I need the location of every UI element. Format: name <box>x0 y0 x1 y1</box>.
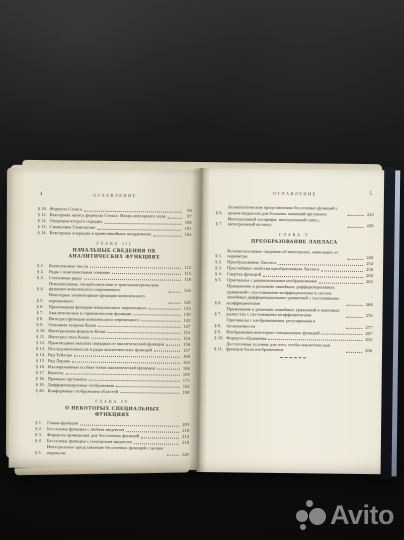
toc-entry: § 5.Интегральное представление бесселевы… <box>35 444 189 457</box>
toc-entry-page: 218 <box>181 440 189 446</box>
toc-entry-page: 276 <box>364 313 372 319</box>
toc-entry-number: § 4. <box>37 286 49 292</box>
toc-entry-number: § 3. <box>37 275 49 281</box>
avito-logo-icon <box>296 500 327 531</box>
toc-entry-number: § 12. <box>38 218 50 224</box>
chapter-number: ГЛАВА IV <box>35 398 189 405</box>
toc-entry-page: 190 <box>182 389 190 395</box>
toc-entry-number: § 15. <box>36 358 48 364</box>
toc-entry-number: § 16. <box>36 364 48 370</box>
dot-leader <box>348 226 364 227</box>
toc-entry-page: 214 <box>181 434 189 440</box>
dot-leader <box>169 303 181 304</box>
dot-leader <box>133 314 180 316</box>
toc-entry-page: 154 <box>182 335 190 341</box>
toc-entry-page: 277 <box>364 325 372 331</box>
toc-entry-number: § 4. <box>35 438 47 444</box>
toc-entry-page: 210 <box>181 428 189 434</box>
toc-entry-page: 182 <box>182 383 190 389</box>
toc-entry-page: 160 <box>182 353 190 359</box>
photo-of-open-book: 4 ОГЛАВЛЕНИЕ § 10.Формула Стокса94§ 11.В… <box>0 0 404 540</box>
toc-entry-page: 157 <box>182 347 190 353</box>
chapter-heading: ГЛАВА IIIНАЧАЛЬНЫЕ СВЕДЕНИЯ ОБ АНАЛИТИЧЕ… <box>37 240 191 261</box>
toc-entry-page: 166 <box>182 365 190 371</box>
toc-entry-page: 115 <box>183 270 191 276</box>
toc-entry-number: § 11. <box>36 334 48 340</box>
toc-entry-page: 152 <box>182 329 190 335</box>
dot-leader <box>153 235 181 236</box>
page-block-bottom-edge <box>15 465 190 475</box>
toc-entry-number: § 20. <box>36 388 48 394</box>
toc-entry-page: 268 <box>365 302 373 308</box>
left-running-head: ОГЛАВЛЕНИЕ <box>38 192 192 199</box>
dot-leader <box>116 386 180 388</box>
toc-entry-title: Формула Стокса <box>50 206 82 212</box>
toc-entry-number: § 1. <box>215 253 227 259</box>
toc-entry-page: 133 <box>183 305 191 311</box>
chapter-title: ПРЕОБРАЗОВАНИЕ ЛАПЛАСА <box>229 238 359 246</box>
toc-entry-title: Достаточные условия для того, чтобы анал… <box>226 341 344 353</box>
toc-entry-number: § 13. <box>38 224 50 230</box>
toc-entry-number: § 17. <box>36 370 48 376</box>
toc-entry-title: Гамма-функция <box>47 420 78 426</box>
toc-entry-number: § 8. <box>36 316 48 322</box>
dot-leader <box>154 350 180 351</box>
chapter-number: ГЛАВА V <box>215 231 373 238</box>
toc-entry-number: § 1. <box>37 263 49 269</box>
toc-entry-number: § 10. <box>214 335 226 341</box>
toc-entry-number: § 19. <box>36 382 48 388</box>
dot-leader <box>134 443 179 445</box>
toc-entry-title: Ряд Лорана <box>48 358 70 364</box>
toc-entry-number: § 2. <box>37 269 49 275</box>
toc-entry-page: 258 <box>365 267 373 273</box>
toc-entry-number: § 12. <box>36 340 48 346</box>
toc-entry-title: Применение к решению линейных уравнений … <box>226 306 344 318</box>
dot-leader <box>321 270 363 272</box>
toc-entry-page: 112 <box>183 264 191 270</box>
toc-entry-number: § 2. <box>35 426 47 432</box>
dot-leader <box>346 328 362 329</box>
right-toc: § 6.Асимптотические представления бессел… <box>214 204 374 358</box>
dot-leader <box>120 392 179 394</box>
right-running-head: ОГЛАВЛЕНИЕ <box>216 190 374 197</box>
toc-entry-number: § 11. <box>38 212 50 218</box>
toc-entry-page: 101 <box>184 226 192 232</box>
toc-entry-number: § 8. <box>214 323 226 329</box>
toc-entry-title: Асимптотические представления бесселевых… <box>228 204 346 216</box>
toc-entry-title: Применение к решению линейных дифференци… <box>227 283 345 306</box>
right-page: ОГЛАВЛЕНИЕ 5 § 6.Асимптотические предста… <box>197 168 385 474</box>
toc-entry-page: 254 <box>365 261 373 267</box>
toc-entry-number: § 6. <box>37 304 49 310</box>
toc-entry-number: § 7. <box>36 310 48 316</box>
toc-entry-title: Интегральный логарифм, интегральный сину… <box>228 216 346 228</box>
toc-entry: § 11.Достаточные условия для того, чтобы… <box>214 341 372 354</box>
toc-entry-page: 172 <box>182 377 190 383</box>
dot-leader <box>346 316 362 317</box>
toc-entry-page: 220 <box>181 451 189 457</box>
dot-leader <box>141 320 180 321</box>
toc-entry-number: § 5. <box>37 298 49 304</box>
toc-entry-number: § 9. <box>214 329 226 335</box>
toc-entry-page: 139 <box>182 311 190 317</box>
toc-entry-title: Вспомогательные сведения об интегралах, … <box>227 248 345 260</box>
toc-entry-page: 128 <box>183 299 191 305</box>
toc-entry-page: 226 <box>366 223 374 229</box>
left-toc: § 10.Формула Стокса94§ 11.Векторная запи… <box>35 206 192 457</box>
toc-entry-page: 102 <box>183 232 191 238</box>
toc-entry-number: § 13. <box>36 346 48 352</box>
toc-entry-number: § 6. <box>215 300 227 306</box>
toc-entry-number: § 3. <box>215 265 227 271</box>
right-page-number: 5 <box>369 192 372 197</box>
toc-entry-page: 156 <box>182 341 190 347</box>
avito-watermark-text: Avito <box>330 502 394 529</box>
dot-leader <box>166 345 180 346</box>
toc-entry-number: § 5. <box>35 450 47 456</box>
toc-entry-page: 292 <box>364 337 372 343</box>
toc-entry-page: 262 <box>365 279 373 285</box>
toc-entry-page: 169 <box>182 371 190 377</box>
toc-entry-title: Свертка функций <box>227 271 261 277</box>
toc-entry-number: § 9. <box>36 322 48 328</box>
chapter-heading: ГЛАВА VПРЕОБРАЗОВАНИЕ ЛАПЛАСА <box>215 231 373 246</box>
toc-entry-number: § 3. <box>35 432 47 438</box>
toc-entry-number: § 14. <box>36 352 48 358</box>
dot-leader <box>149 308 181 309</box>
right-running-head-row: ОГЛАВЛЕНИЕ 5 <box>216 190 374 201</box>
dot-leader <box>322 334 363 335</box>
dot-leader <box>126 431 179 433</box>
toc-entry-page: 94 <box>184 208 192 214</box>
dot-leader <box>347 305 363 306</box>
toc-entry-page: 147 <box>182 323 190 329</box>
dot-leader <box>347 258 363 259</box>
dot-leader <box>108 332 181 334</box>
dot-leader <box>346 351 362 352</box>
toc-entry-page: 205 <box>181 422 189 428</box>
toc-entry-title: Оригиналы с изображениями, регулярными в… <box>226 317 344 329</box>
toc-entry: § 7.Интегральный логарифм, интегральный … <box>216 216 374 229</box>
toc-entry-title: Степенные ряды <box>49 275 82 281</box>
toc-entry-number: § 18. <box>36 376 48 382</box>
toc-entry-page: 223 <box>366 212 374 218</box>
dot-leader <box>319 282 363 284</box>
toc-entry: § 6.Применение к решению линейных диффер… <box>215 283 373 307</box>
toc-entry-title: Некоторые элементарные функции комплексн… <box>49 292 167 304</box>
toc-entry-number: § 10. <box>38 206 50 212</box>
toc-entry-number: § 1. <box>35 420 47 426</box>
section-divider <box>280 356 306 357</box>
open-book: 4 ОГЛАВЛЕНИЕ § 10.Формула Стокса94§ 11.В… <box>2 160 404 487</box>
left-page: 4 ОГЛАВЛЕНИЕ § 10.Формула Стокса94§ 11.В… <box>9 168 201 470</box>
toc-entry-number: § 7. <box>216 221 228 227</box>
toc-entry-title: Вычеты <box>48 370 64 376</box>
toc-entry-number: § 6. <box>216 210 228 216</box>
dot-leader <box>348 215 364 216</box>
toc-entry-page: 97 <box>184 214 192 220</box>
toc-entry-title: Комплексные числа <box>49 263 88 269</box>
dot-leader <box>169 291 181 292</box>
dot-leader <box>167 455 179 456</box>
toc-entry-number: § 11. <box>214 346 226 352</box>
toc-entry: § 14.Векторные операции в криволинейных … <box>37 230 191 237</box>
toc-entry-page: 124 <box>183 288 191 294</box>
toc-entry-page: 260 <box>365 273 373 279</box>
toc-entry-title: Интегральное представление бесселевых фу… <box>47 444 165 456</box>
toc-entry-title: Ряд Тейлора <box>48 352 72 358</box>
toc-entry-number: § 14. <box>37 230 49 236</box>
toc-entry-page: 296 <box>364 348 372 354</box>
toc-entry-number: § 10. <box>36 328 48 334</box>
chapter-title: НАЧАЛЬНЫЕ СВЕДЕНИЯ ОБ АНАЛИТИЧЕСКИХ ФУНК… <box>49 247 179 261</box>
dot-leader <box>157 368 180 369</box>
toc-entry-title: Конформные отображения областей <box>48 388 119 394</box>
toc-entry-page: 100 <box>184 220 192 226</box>
toc-entry-page: 118 <box>183 276 191 282</box>
toc-entry-page: 163 <box>182 359 190 365</box>
toc-entry-page: 240 <box>365 255 373 261</box>
dot-leader <box>112 273 181 275</box>
dot-leader <box>141 437 179 438</box>
toc-entry-number: § 4. <box>215 271 227 277</box>
avito-watermark: Avito <box>296 500 394 531</box>
toc-entry-number: § 5. <box>215 277 227 283</box>
chapter-number: ГЛАВА III <box>37 240 191 247</box>
toc-entry-number: § 7. <box>214 311 226 317</box>
toc-entry: § 20.Конформные отображения областей190 <box>36 388 190 395</box>
dot-leader <box>167 217 181 218</box>
toc-entry-page: 287 <box>364 331 372 337</box>
toc-entry-number: § 2. <box>215 259 227 265</box>
toc-entry-title: Показательная, гиперболические и тригоно… <box>49 281 167 293</box>
chapter-heading: ГЛАВА IVО НЕКОТОРЫХ СПЕЦИАЛЬНЫХ ФУНКЦИЯХ <box>35 398 189 419</box>
chapter-title: О НЕКОТОРЫХ СПЕЦИАЛЬНЫХ ФУНКЦИЯХ <box>47 405 177 419</box>
toc-entry-title: Векторные операции в криволинейных коорд… <box>49 230 151 237</box>
left-running-head-row: 4 ОГЛАВЛЕНИЕ <box>38 192 192 203</box>
toc-entry-page: 142 <box>182 317 190 323</box>
